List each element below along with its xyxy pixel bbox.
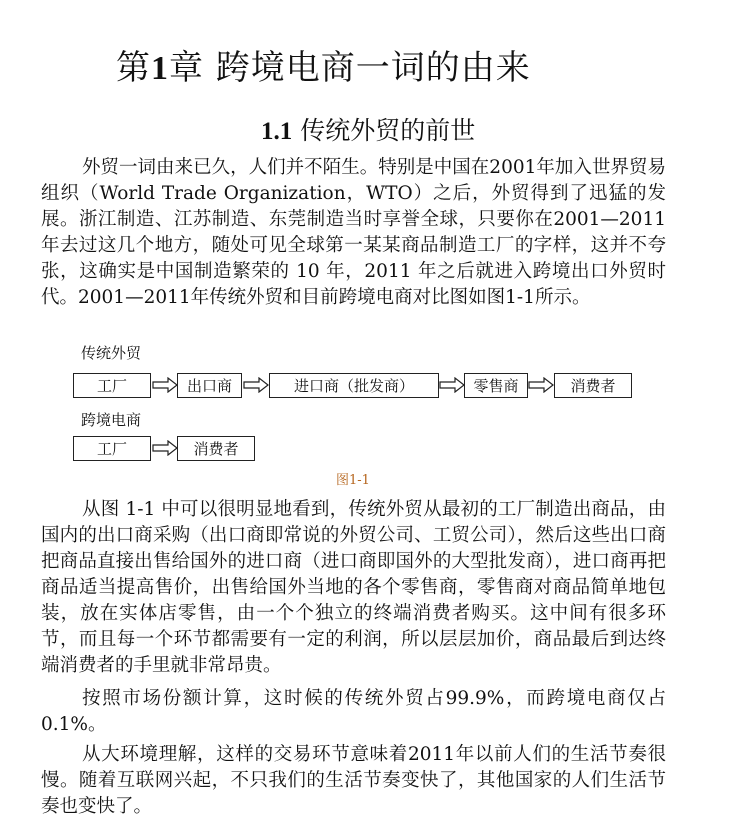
section-title: 1.1 传统外贸的前世 [261,113,475,150]
chapter-suffix: 章 跨境电商一词的由来 [169,48,531,88]
arrow-icon [152,440,178,456]
flow-box-factory: 工厂 [73,373,151,398]
flow-box-importer: 进口商（批发商） [269,373,439,398]
chapter-number: 1 [151,50,169,87]
paragraph-4: 从大环境理解，这样的交易环节意味着2011年以前人们的生活节奏很慢。随着互联网兴… [41,742,666,820]
flow-box-retailer: 零售商 [464,373,528,398]
paragraph-3: 按照市场份额计算，这时候的传统外贸占99.9%，而跨境电商仅占0.1%。 [41,686,666,738]
chapter-prefix: 第 [116,48,151,88]
paragraph-1: 外贸一词由来已久，人们并不陌生。特别是中国在2001年加入世界贸易组织（Worl… [41,155,666,311]
crossborder-label: 跨境电商 [81,411,141,429]
flow-box-exporter: 出口商 [177,373,242,398]
arrow-icon [439,377,465,393]
figure-caption: 图1-1 [336,472,370,490]
chapter-title: 第1章 跨境电商一词的由来 [116,45,531,92]
paragraph-2: 从图 1-1 中可以很明显地看到，传统外贸从最初的工厂制造出商品，由国内的出口商… [41,497,666,679]
flow-box-consumer: 消费者 [554,373,632,398]
arrow-icon [528,377,554,393]
traditional-label: 传统外贸 [81,344,141,362]
section-title-text: 传统外贸的前世 [292,116,475,145]
arrow-icon [243,377,269,393]
flow-box-factory-crossborder: 工厂 [73,436,151,461]
section-number: 1.1 [261,118,292,145]
flow-box-consumer-crossborder: 消费者 [177,436,255,461]
arrow-icon [152,377,178,393]
